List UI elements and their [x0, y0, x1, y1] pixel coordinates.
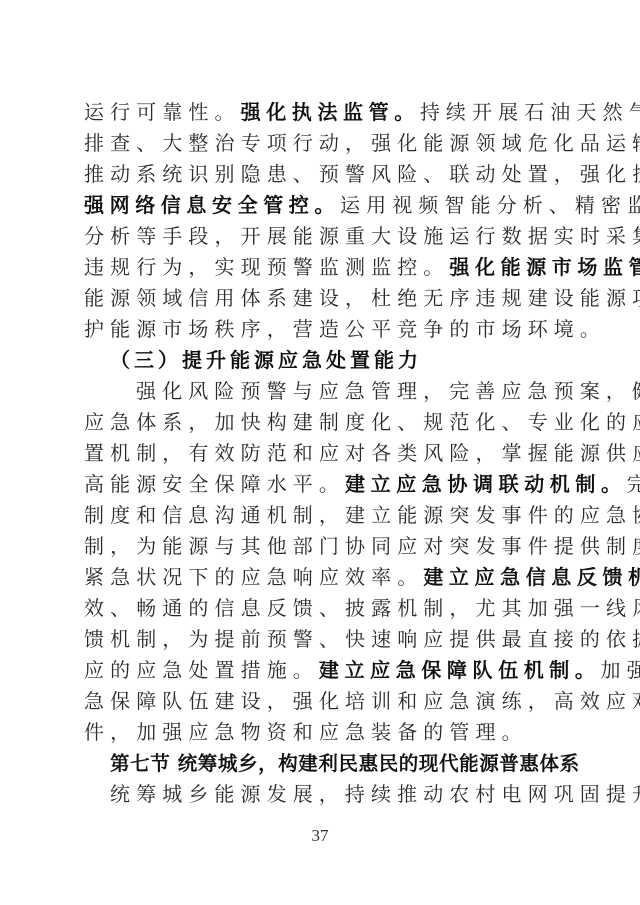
bold-keyphrase: 建立应急信息反馈机制。 — [423, 565, 640, 589]
text-line: 能源领域信用体系建设，杜绝无序违规建设能源项目，切实维 — [84, 283, 560, 314]
text-segment: 制度和信息沟通机制，建立能源突发事件的应急协同联动机 — [84, 503, 640, 527]
text-segment: 能源领域信用体系建设，杜绝无序违规建设能源项目，切实维 — [84, 286, 640, 310]
text-segment: 馈机制，为提前预警、快速响应提供最直接的依据，并制定相 — [84, 627, 640, 651]
text-segment: 效、畅通的信息反馈、披露机制，尤其加强一线风险信息的反 — [84, 596, 640, 620]
text-line: 应急体系，加快构建制度化、规范化、专业化的应急响应和处 — [84, 407, 560, 438]
text-segment: 持续开展石油天然气管道安全大 — [420, 100, 640, 124]
text-line: 排查、大整治专项行动，强化能源领域危化品运输安全监管， — [84, 128, 560, 159]
text-line: 效、畅通的信息反馈、披露机制，尤其加强一线风险信息的反 — [84, 593, 560, 624]
text-segment: 应急体系，加快构建制度化、规范化、专业化的应急响应和处 — [84, 410, 640, 434]
text-segment: 急保障队伍建设，强化培训和应急演练，高效应对各类突发事 — [84, 689, 640, 713]
text-line: 违规行为，实现预警监测监控。强化能源市场监管。积极推进 — [84, 252, 560, 283]
text-line: 制度和信息沟通机制，建立能源突发事件的应急协同联动机 — [84, 500, 560, 531]
text-line: 推动系统识别隐患、预警风险、联动处置，强化执法监管。加 — [84, 159, 560, 190]
paragraph-block-2: 强化风险预警与应急管理，完善应急预案，健全能源储备应急体系，加快构建制度化、规范… — [84, 376, 560, 748]
subheading: （三）提升能源应急处置能力 — [84, 345, 560, 376]
text-segment: 运行可靠性。 — [84, 100, 241, 124]
text-segment: 制，为能源与其他部门协同应对突发事件提供制度保障，提高 — [84, 534, 640, 558]
bold-keyphrase: 强化执法监管。 — [241, 100, 420, 124]
text-segment: 护能源市场秩序，营造公平竞争的市场环境。 — [84, 317, 606, 341]
bold-keyphrase: 强网络信息安全管控。 — [84, 193, 340, 217]
page-number: 37 — [0, 826, 640, 846]
text-segment: 推动系统识别隐患、预警风险、联动处置，强化执法监管。 — [84, 162, 640, 186]
text-segment: 加强能源行业应 — [601, 658, 640, 682]
text-segment: 件，加强应急物资和应急装备的管理。 — [84, 720, 528, 744]
text-segment: 分析等手段，开展能源重大设施运行数据实时采集，辨识违法 — [84, 224, 640, 248]
text-segment: 排查、大整治专项行动，强化能源领域危化品运输安全监管， — [84, 131, 640, 155]
text-segment: 紧急状况下的应急响应效率。 — [84, 565, 423, 589]
text-line: 护能源市场秩序，营造公平竞争的市场环境。 — [84, 314, 560, 345]
text-line: 强网络信息安全管控。运用视频智能分析、精密监测和大数据 — [84, 190, 560, 221]
text-line: 应的应急处置措施。建立应急保障队伍机制。加强能源行业应 — [84, 655, 560, 686]
text-line: 制，为能源与其他部门协同应对突发事件提供制度保障，提高 — [84, 531, 560, 562]
text-line: 分析等手段，开展能源重大设施运行数据实时采集，辨识违法 — [84, 221, 560, 252]
text-segment: 强化风险预警与应急管理，完善应急预案，健全能源储备 — [136, 379, 640, 403]
text-line: 急保障队伍建设，强化培训和应急演练，高效应对各类突发事 — [84, 686, 560, 717]
text-segment: 完善应急管理 — [627, 472, 640, 496]
text-line: 置机制，有效防范和应对各类风险，掌握能源供应主动权，提 — [84, 438, 560, 469]
text-line: 件，加强应急物资和应急装备的管理。 — [84, 717, 560, 748]
document-page: 运行可靠性。强化执法监管。持续开展石油天然气管道安全大排查、大整治专项行动，强化… — [84, 97, 560, 810]
text-line: 紧急状况下的应急响应效率。建立应急信息反馈机制。构建高 — [84, 562, 560, 593]
bold-keyphrase: 强化能源市场监管。 — [449, 255, 640, 279]
text-segment: 高能源安全保障水平。 — [84, 472, 345, 496]
text-segment: 违规行为，实现预警监测监控。 — [84, 255, 449, 279]
text-segment: 运用视频智能分析、精密监测和大数据 — [340, 193, 640, 217]
text-segment: 应的应急处置措施。 — [84, 658, 319, 682]
paragraph-block-1: 运行可靠性。强化执法监管。持续开展石油天然气管道安全大排查、大整治专项行动，强化… — [84, 97, 560, 345]
section-heading: 第七节 统筹城乡，构建利民惠民的现代能源普惠体系 — [84, 748, 560, 779]
text-line: 强化风险预警与应急管理，完善应急预案，健全能源储备 — [84, 376, 560, 407]
paragraph-last-line: 统筹城乡能源发展，持续推动农村电网巩固提升，加强城 — [84, 779, 560, 810]
text-line: 高能源安全保障水平。建立应急协调联动机制。完善应急管理 — [84, 469, 560, 500]
text-segment: 置机制，有效防范和应对各类风险，掌握能源供应主动权，提 — [84, 441, 640, 465]
bold-keyphrase: 建立应急协调联动机制。 — [345, 472, 627, 496]
text-line: 运行可靠性。强化执法监管。持续开展石油天然气管道安全大 — [84, 97, 560, 128]
bold-keyphrase: 建立应急保障队伍机制。 — [319, 658, 601, 682]
text-line: 馈机制，为提前预警、快速响应提供最直接的依据，并制定相 — [84, 624, 560, 655]
